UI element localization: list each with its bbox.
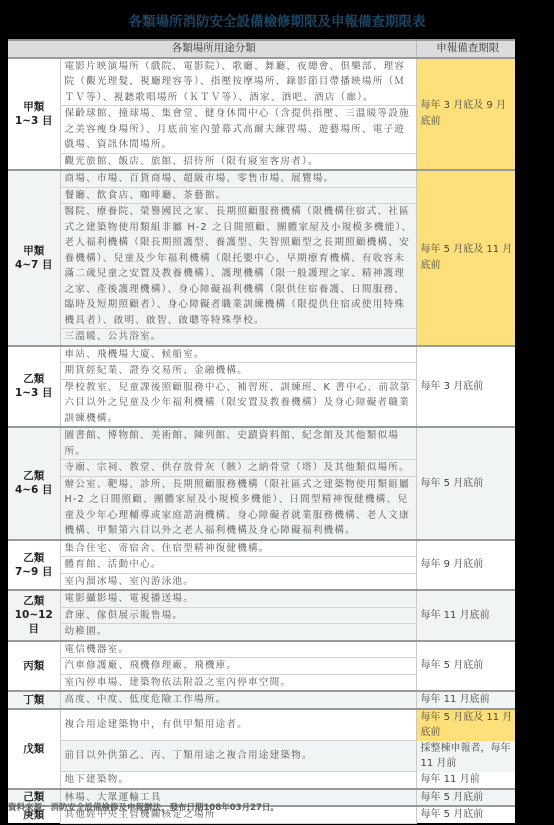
usage-item: 商場、市場、百貨商場、超級市場、零售市場、展覽場。 [60, 170, 416, 187]
table-row: 乙類7~9 目 集合住宅、寄宿舍、住宿型精神復健機構。 每年 9 月底前 [8, 540, 515, 557]
usage-item: 期貨經紀業、證券交易所、金融機構。 [60, 363, 416, 380]
usage-item: 圖書館、博物館、美術館、陳列館、史蹟資料館、紀念館及其他類似場所。 [60, 427, 416, 460]
table-row: 前目以外供第乙、丙、丁類用途之複合用途建築物。 採整棟申報者，每年 11 月前 [8, 741, 515, 772]
usage-item: 觀光旅館、飯店、旅館、招待所（限有寢室客房者）。 [60, 153, 416, 170]
deadline-cell: 每年 11 月底前 [416, 590, 515, 641]
table-row: 丁類 高度、中度、低度危險工作場所。 每年 11 月底前 [8, 691, 515, 709]
table-row: 地下建築物。 每年 11 月前 [8, 772, 515, 789]
deadline-cell: 每年 5 月底及 11 月底前 [416, 709, 515, 741]
deadline-cell: 每年 5 月底及 11 月底前 [416, 170, 515, 346]
usage-item: 倉庫、傢俱展示販售場。 [60, 607, 416, 624]
deadline-cell: 每年 11 月前 [416, 772, 515, 789]
table-row: 戊類 複合用途建築物中，有供甲類用途者。 每年 5 月底及 11 月底前 [8, 709, 515, 741]
category-cell: 丁類 [8, 691, 60, 709]
category-label: 乙類 [23, 373, 44, 385]
category-range: 1~3 目 [15, 387, 53, 399]
usage-item: 室內停車場、建築物依法附設之室內停車空間。 [60, 674, 416, 691]
table-row: 乙類4~6 目 圖書館、博物館、美術館、陳列館、史蹟資料館、紀念館及其他類似場所… [8, 427, 515, 460]
table-row: 丙類 電信機器室。 每年 5 月底前 [8, 641, 515, 658]
category-cell: 丙類 [8, 641, 60, 692]
deadline-cell: 每年 5 月底前 [416, 427, 515, 540]
deadline-cell: 每年 9 月底前 [416, 540, 515, 591]
category-label: 甲類 [23, 101, 44, 113]
category-range: 4~7 目 [15, 259, 53, 271]
category-cell: 甲類1~3 目 [8, 58, 60, 171]
table-row: 乙類10~12 目 電影攝影場、電視播送場。 每年 11 月底前 [8, 590, 515, 607]
usage-item: 複合用途建築物中，有供甲類用途者。 [60, 709, 416, 741]
header-deadline: 申報備查期限 [416, 40, 515, 58]
category-label: 戊類 [23, 743, 44, 755]
category-cell: 乙類1~3 目 [8, 346, 60, 428]
category-range: 4~6 目 [15, 484, 53, 496]
deadline-cell: 採整棟申報者，每年 11 月前 [416, 741, 515, 772]
usage-item: 前目以外供第乙、丙、丁類用途之複合用途建築物。 [60, 741, 416, 772]
deadline-cell: 每年 11 月底前 [416, 691, 515, 709]
category-label: 乙類 [23, 470, 44, 482]
table-row: 乙類1~3 目 車站、飛機場大廈、候船室。 每年 3 月底前 [8, 346, 515, 363]
category-cell: 戊類 [8, 709, 60, 789]
usage-item: 三溫暖、公共浴室。 [60, 329, 416, 346]
source-note: 資料來源：消防安全設備檢修及申報辦法，發布日期108年03月27日。 [8, 801, 279, 813]
usage-item: 電信機器室。 [60, 641, 416, 658]
category-cell: 乙類4~6 目 [8, 427, 60, 540]
usage-item: 餐廳、飲食店、咖啡廳、茶藝館。 [60, 187, 416, 204]
usage-item: 電影攝影場、電視播送場。 [60, 590, 416, 607]
table-row: 甲類1~3 目 電影片映演場所（戲院、電影院）、歌廳、舞廳、夜總會、俱樂部、理容… [8, 58, 515, 106]
category-label: 丙類 [23, 660, 44, 672]
deadline-cell: 每年 3 月底及 9 月底前 [416, 58, 515, 171]
category-cell: 甲類4~7 目 [8, 170, 60, 346]
usage-item: 汽車修護廠、飛機修理廠、飛機庫。 [60, 658, 416, 675]
usage-item: 保齡球館、撞球場、集會堂、健身休閒中心（含提供指壓、三溫暖等設施之美容瘦身場所）… [60, 106, 416, 154]
category-label: 甲類 [23, 245, 44, 257]
usage-item: 學校教室、兒童課後照顧服務中心、補習班、訓練班、K 書中心、前款第六目以外之兒童… [60, 379, 416, 427]
category-range: 10~12 目 [15, 609, 53, 635]
usage-item: 室內溜冰場、室內游泳池。 [60, 573, 416, 590]
inspection-deadline-table: 各類場所用途分類 申報備查期限 甲類1~3 目 電影片映演場所（戲院、電影院）、… [8, 39, 515, 824]
deadline-cell: 每年 3 月底前 [416, 346, 515, 428]
category-cell: 乙類7~9 目 [8, 540, 60, 591]
category-range: 1~3 目 [15, 115, 53, 127]
category-label: 丁類 [23, 694, 44, 706]
header-category-usage: 各類場所用途分類 [8, 40, 416, 58]
usage-item: 電影片映演場所（戲院、電影院）、歌廳、舞廳、夜總會、俱樂部、理容院（觀光理髮、視… [60, 58, 416, 106]
usage-item: 車站、飛機場大廈、候船室。 [60, 346, 416, 363]
usage-item: 集合住宅、寄宿舍、住宿型精神復健機構。 [60, 540, 416, 557]
usage-item: 體育館、活動中心。 [60, 557, 416, 574]
deadline-cell: 每年 5 月底前 [416, 806, 515, 823]
table-row: 甲類4~7 目 商場、市場、百貨商場、超級市場、零售市場、展覽場。 每年 5 月… [8, 170, 515, 187]
usage-item: 地下建築物。 [60, 772, 416, 789]
category-label: 乙類 [23, 595, 44, 607]
page-title: 各類場所消防安全設備檢修期限及申報備查期限表 [0, 10, 554, 30]
table-header-row: 各類場所用途分類 申報備查期限 [8, 40, 515, 58]
category-label: 乙類 [23, 552, 44, 564]
usage-item: 幼稚園。 [60, 624, 416, 641]
usage-item: 醫院、療養院、榮譽國民之家、長期照顧服務機構（限機構住宿式、社區式之建築物使用類… [60, 204, 416, 329]
deadline-cell: 每年 5 月底前 [416, 789, 515, 807]
category-cell: 乙類10~12 目 [8, 590, 60, 641]
deadline-cell: 每年 5 月底前 [416, 641, 515, 692]
category-range: 7~9 目 [15, 566, 53, 578]
usage-item: 高度、中度、低度危險工作場所。 [60, 691, 416, 709]
usage-item: 辦公室、靶場、診所、長期照顧服務機構（限社區式之建築物使用類組屬 H-2 之日間… [60, 476, 416, 540]
usage-item: 寺廟、宗祠、教堂、供存放骨灰（骸）之納骨堂（塔）及其他類似場所。 [60, 460, 416, 477]
